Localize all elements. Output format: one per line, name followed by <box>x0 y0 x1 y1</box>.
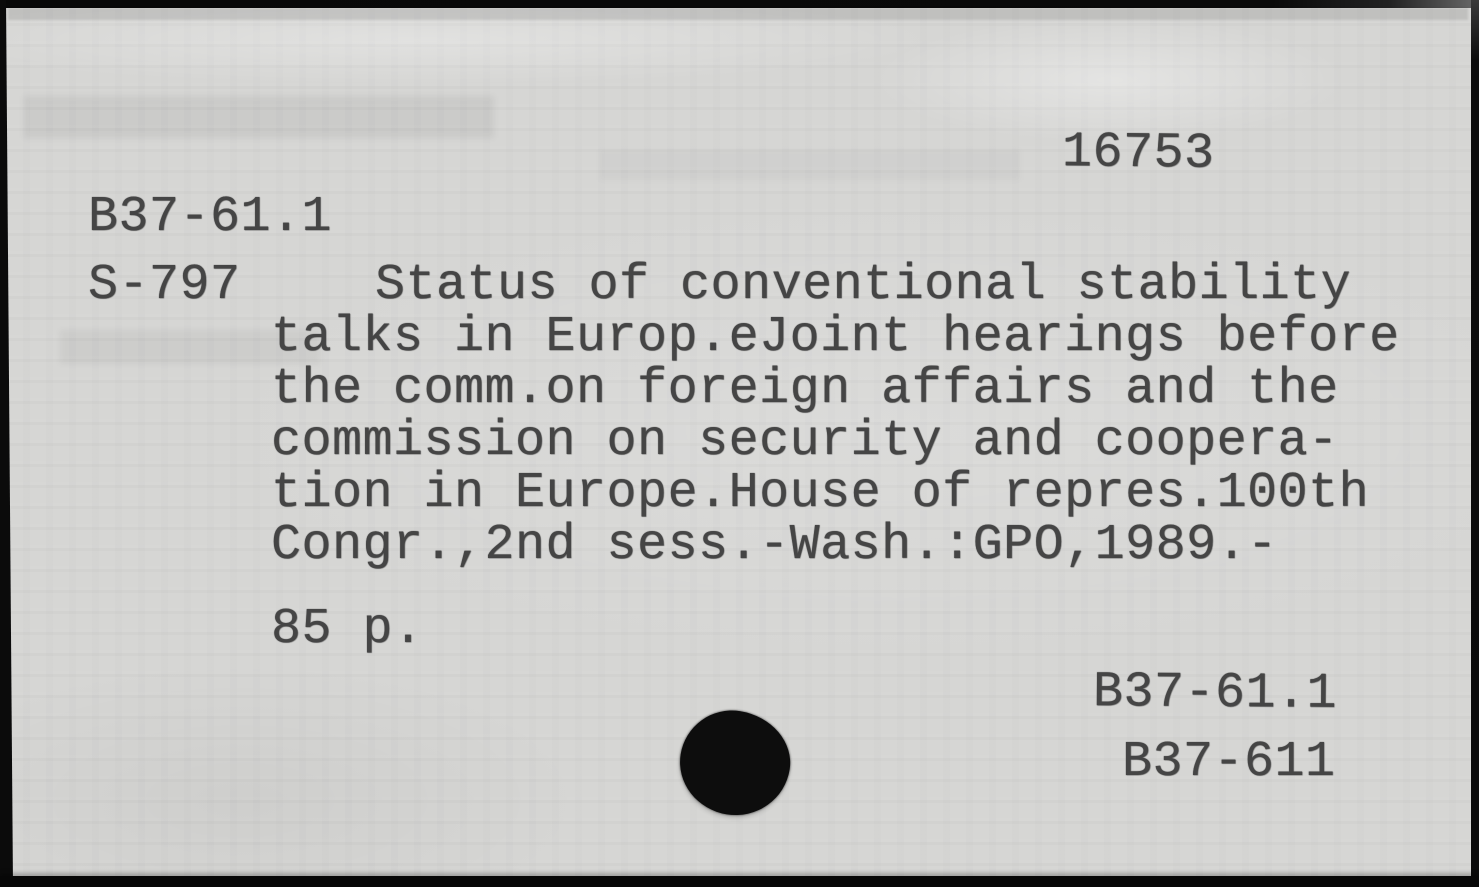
entry-line: commission on security and coopera- <box>271 416 1339 468</box>
call-number-bottom-2: B37-611 <box>1122 737 1336 789</box>
shelf-code: S-797 <box>88 260 241 312</box>
accession-number: 16753 <box>1062 127 1215 181</box>
entry-line: talks in Europ.eJoint hearings before <box>271 312 1400 364</box>
scan-artifact <box>600 150 1020 180</box>
entry-line: the comm.on foreign affairs and the <box>271 364 1339 416</box>
call-number-bottom-1: B37-61.1 <box>1093 667 1337 721</box>
entry-line: Status of conventional stability <box>375 260 1351 312</box>
scan-artifact <box>8 8 1468 20</box>
catalog-card-scan: 16753 B37-61.1 S-797 Status of conventio… <box>0 0 1479 887</box>
scan-edge-top <box>0 0 1479 8</box>
scan-edge-right <box>1471 0 1479 887</box>
scan-edge-bottom <box>0 876 1479 887</box>
scan-artifact <box>24 96 494 138</box>
call-number-top: B37-61.1 <box>88 192 332 244</box>
punch-hole-mark <box>673 703 798 823</box>
scan-edge-left <box>0 0 16 887</box>
pagination: 85 p. <box>271 604 424 656</box>
entry-line: tion in Europe.House of repres.100th <box>271 468 1369 520</box>
entry-line: Congr.,2nd sess.-Wash.:GPO,1989.- <box>271 520 1278 572</box>
